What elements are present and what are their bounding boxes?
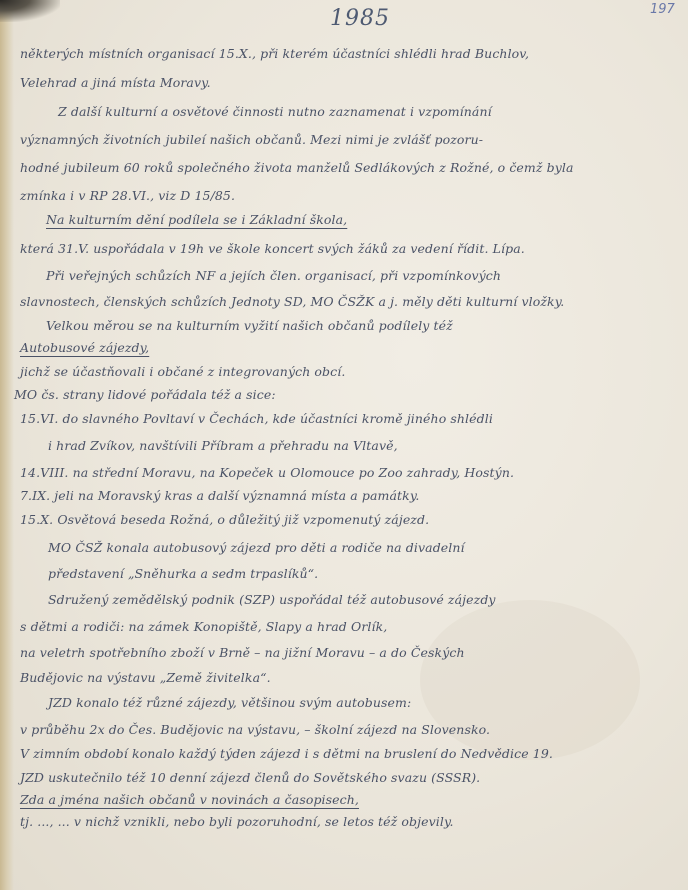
text-line: 7.IX. jeli na Moravský kras a další význ… (20, 488, 419, 503)
text-line: V zimním období konalo každý týden zájez… (20, 746, 553, 761)
text-line: některých místních organisací 15.X., při… (20, 46, 529, 61)
text-line: slavnostech, členských schůzích Jednoty … (20, 294, 564, 309)
text-line: Velkou měrou se na kulturním vyžití naši… (46, 318, 453, 333)
page-number: 197 (650, 2, 675, 17)
section-heading: Autobusové zájezdy, (20, 340, 149, 355)
text-line: na veletrh spotřebního zboží v Brně – na… (20, 645, 465, 660)
text-line: 15.VI. do slavného Povltaví v Čechách, k… (20, 411, 493, 426)
text-line: tj. ..., ... v nichž vznikli, nebo byli … (20, 814, 454, 829)
text-line: i hrad Zvíkov, navštívili Příbram a přeh… (48, 438, 398, 453)
year-heading: 1985 (330, 6, 390, 31)
text-line: JZD konalo též různé zájezdy, většinou s… (48, 695, 411, 710)
text-line: 14.VIII. na střední Moravu, na Kopeček u… (20, 465, 514, 480)
text-line: Velehrad a jiná místa Moravy. (20, 75, 211, 90)
text-line: zmínka i v RP 28.VI., viz D 15/85. (20, 188, 235, 203)
text-line: s dětmi a rodiči: na zámek Konopiště, Sl… (20, 619, 387, 634)
text-line: která 31.V. uspořádala v 19h ve škole ko… (20, 241, 525, 256)
chronicle-page: 1985 197 některých místních organisací 1… (0, 0, 688, 890)
text-line: představení „Sněhurka a sedm trpaslíků“. (48, 566, 318, 581)
binding-shadow (0, 0, 14, 890)
text-line: Při veřejných schůzích NF a jejích člen.… (46, 268, 501, 283)
text-line: hodné jubileum 60 roků společného života… (20, 160, 574, 175)
text-line: MO ČSŽ konala autobusový zájezd pro děti… (48, 540, 465, 555)
text-line: JZD uskutečnilo též 10 denní zájezd člen… (20, 770, 480, 785)
text-line: Z další kulturní a osvětové činnosti nut… (58, 104, 492, 119)
text-line: MO čs. strany lidové pořádala též a sice… (14, 387, 276, 402)
corner-shadow (0, 0, 60, 22)
text-line: Budějovic na výstavu „Země živitelka“. (20, 670, 271, 685)
section-heading: Zda a jména našich občanů v novinách a č… (20, 792, 359, 807)
text-line: významných životních jubileí našich obča… (20, 132, 483, 147)
text-line: v průběhu 2x do Čes. Budějovic na výstav… (20, 722, 490, 737)
text-line: Sdružený zemědělský podnik (SZP) uspořád… (48, 592, 496, 607)
section-heading: Na kulturním dění podílela se i Základní… (46, 212, 347, 227)
text-line: 15.X. Osvětová beseda Rožná, o důležitý … (20, 512, 429, 527)
text-line: jichž se účastňovali i občané z integrov… (20, 364, 345, 379)
